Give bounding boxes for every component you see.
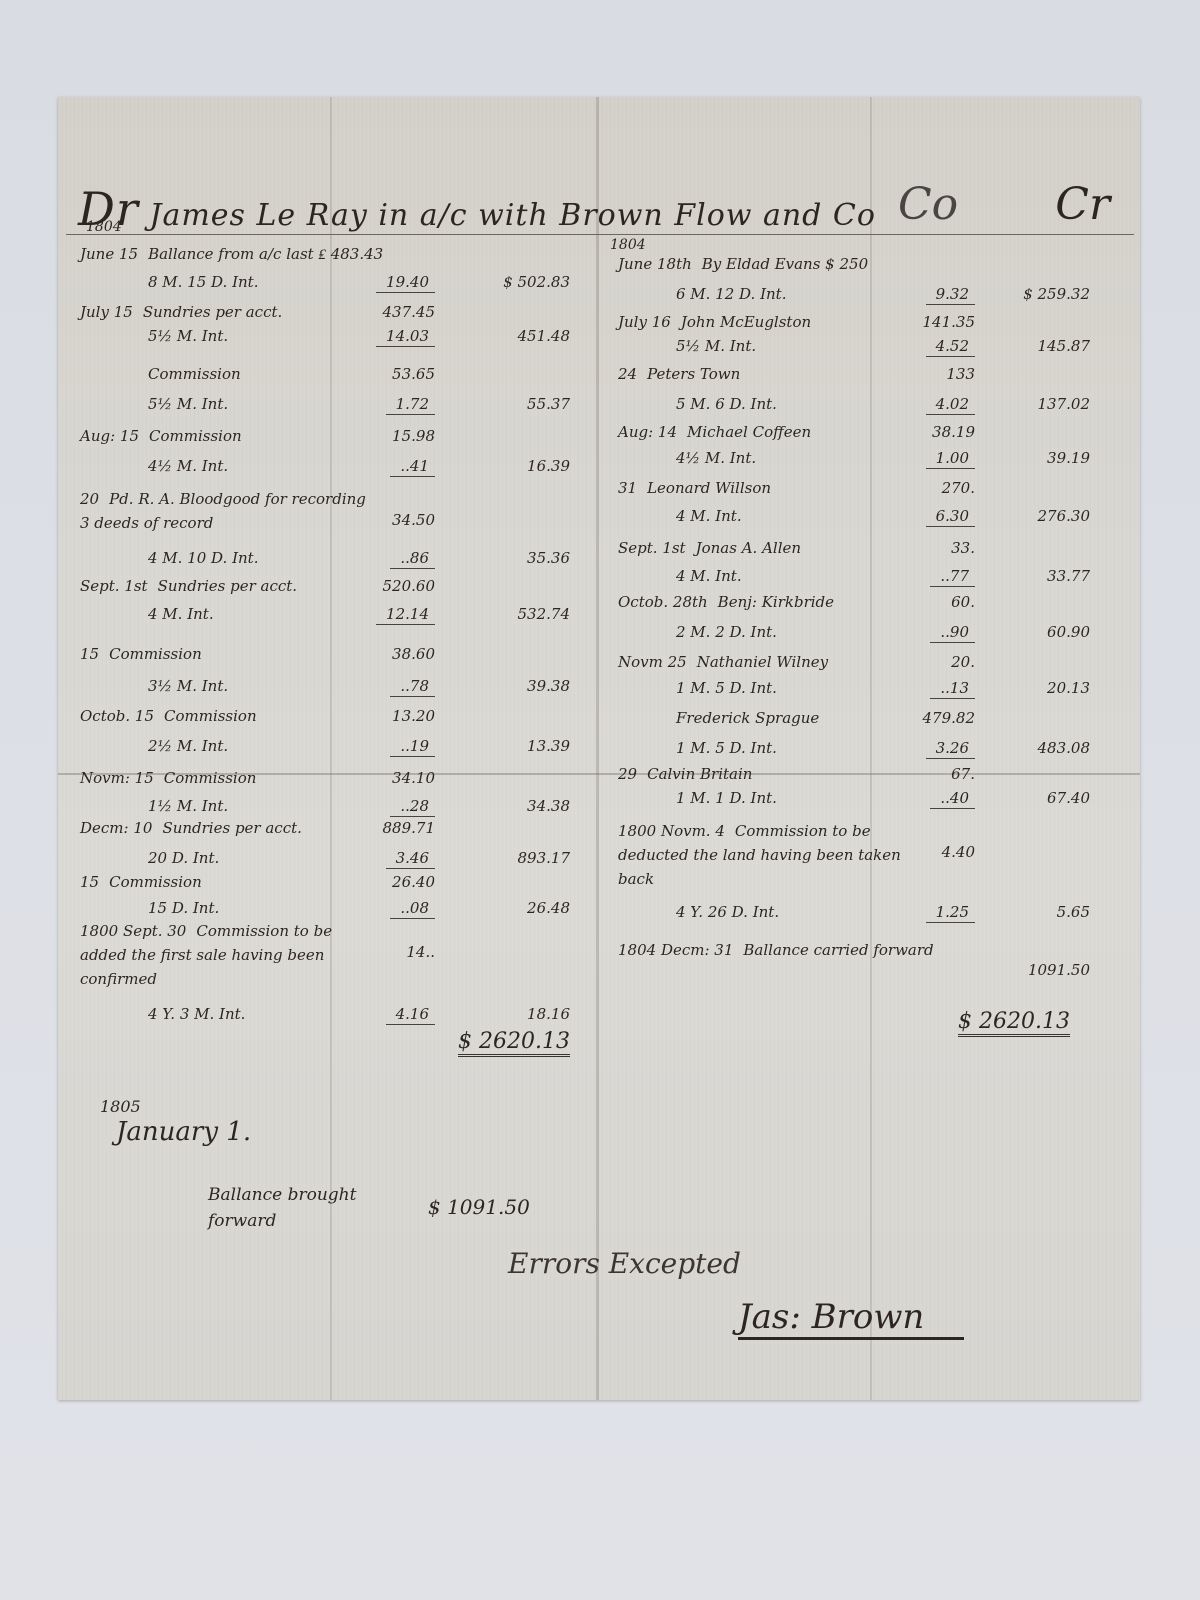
header-rule [66,234,1134,235]
entry-description: 4½ M. Int. [148,457,228,475]
ledger-entry-text: Novm: 15Commission [80,769,256,787]
entry-amount: 33. [951,539,975,557]
entry-description: Sundries per acct. [162,819,301,837]
entry-total: 35.36 [527,549,570,567]
ledger-sheet: Dr James Le Ray in a/c with Brown Flow a… [58,97,1140,1400]
entry-description: By Eldad Evans $ 250 [702,255,868,273]
entry-date: Aug: 15 [80,427,139,445]
entry-amount: 4.16 [386,1005,435,1025]
entry-amount: 479.82 [923,709,976,727]
entry-total: 13.39 [527,737,570,755]
entry-total: 1091.50 [1028,961,1090,979]
ledger-entry-text: 5½ M. Int. [676,337,756,355]
ledger-entry-text: 2 M. 2 D. Int. [676,623,777,641]
ledger-entry-text: 4 M. 10 D. Int. [148,549,258,567]
ledger-entry-text: June 18thBy Eldad Evans $ 250 [618,255,868,273]
ledger-entry-text: 6 M. 12 D. Int. [676,285,786,303]
entry-amount: 3.26 [926,739,975,759]
entry-amount: ..77 [930,567,975,587]
entry-description: 5 M. 6 D. Int. [676,395,777,413]
entry-amount: 9.32 [926,285,975,305]
entry-description: Sundries per acct. [158,577,297,595]
entry-description: Commission [109,645,202,663]
entry-description: 4 M. Int. [676,507,742,525]
entry-amount: 1.00 [926,449,975,469]
entry-date: June 18th [618,255,692,273]
entry-description: 1 M. 5 D. Int. [676,679,777,697]
ledger-entry-text: 4 M. Int. [676,567,742,585]
company-mark: Co [898,179,958,230]
entry-date: July 15 [80,303,133,321]
entry-description: Jonas A. Allen [696,539,801,557]
entry-date: 15 [80,873,99,891]
ledger-entry-text: 4 Y. 26 D. Int. [676,903,779,921]
entry-total: $ 259.32 [1023,285,1090,303]
entry-description: Pd. R. A. Bloodgood for recording 3 deed… [80,490,366,532]
ledger-title: Dr James Le Ray in a/c with Brown Flow a… [78,182,876,236]
debit-year: 1804 [86,219,122,235]
ledger-entry-text: 1 M. 5 D. Int. [676,739,777,757]
entry-description: 5½ M. Int. [148,327,228,345]
ledger-entry-text: Decm: 10Sundries per acct. [80,819,302,837]
ledger-entry-text: 15Commission [80,873,202,891]
ledger-entry-text: 20 D. Int. [148,849,219,867]
entry-description: 20 D. Int. [148,849,219,867]
entry-description: 2 M. 2 D. Int. [676,623,777,641]
entry-description: 5½ M. Int. [148,395,228,413]
entry-description: 1 M. 1 D. Int. [676,789,777,807]
ledger-entry-text: Novm 25Nathaniel Wilney [618,653,828,671]
entry-date: Sept. 1st [80,577,148,595]
entry-amount: 437.45 [383,303,436,321]
footer-date: January 1. [116,1117,251,1147]
entry-description: Commission [164,769,257,787]
entry-amount: 34.10 [392,769,435,787]
entry-date: Octob. 15 [80,707,154,725]
entry-total: 16.39 [527,457,570,475]
ledger-entry-text: Sept. 1stJonas A. Allen [618,539,801,557]
ledger-entry-text: 5½ M. Int. [148,327,228,345]
entry-description: Ballance carried forward [743,941,933,959]
ledger-entry-text: 1800 Novm. 4Commission to be deducted th… [618,819,918,891]
entry-amount: 4.02 [926,395,975,415]
entry-amount: ..41 [390,457,435,477]
entry-amount: 38.19 [932,423,975,441]
ledger-entry-text: 15 D. Int. [148,899,219,917]
entry-description: 5½ M. Int. [676,337,756,355]
entry-description: Calvin Britain [647,765,752,783]
ledger-entry-text: 1 M. 1 D. Int. [676,789,777,807]
ledger-entry-text: Aug: 14Michael Coffeen [618,423,811,441]
ledger-entry-text: Commission [148,365,241,383]
ledger-entry-text: June 15Ballance from a/c last ₤ 483.43 [80,245,383,264]
ledger-entry-text: Octob. 15Commission [80,707,257,725]
entry-total: 34.38 [527,797,570,815]
paper-fold-center [596,97,599,1400]
credit-label: Cr [1055,179,1110,230]
entry-total: 137.02 [1038,395,1091,413]
entry-description: Commission [148,365,241,383]
entry-date: Octob. 28th [618,593,708,611]
entry-total: 33.77 [1047,567,1090,585]
entry-description: Peters Town [647,365,740,383]
entry-amount: 38.60 [392,645,435,663]
entry-amount: 26.40 [392,873,435,891]
entry-amount: ..86 [390,549,435,569]
entry-amount: 20. [951,653,975,671]
ledger-entry-text: 20Pd. R. A. Bloodgood for recording 3 de… [80,487,380,535]
entry-description: Commission [109,873,202,891]
ledger-entry-text: 4½ M. Int. [676,449,756,467]
entry-description: 3½ M. Int. [148,677,228,695]
entry-date: Novm: 15 [80,769,154,787]
entry-description: Michael Coffeen [687,423,811,441]
ledger-entry-text: 1804 Decm: 31Ballance carried forward [618,941,934,959]
ledger-entry-text: Aug: 15Commission [80,427,242,445]
entry-description: Commission [149,427,242,445]
entry-amount: 60. [951,593,975,611]
entry-amount: 133 [946,365,975,383]
entry-date: Aug: 14 [618,423,677,441]
entry-date: 29 [618,765,637,783]
entry-amount: ..40 [930,789,975,809]
entry-amount: 13.20 [392,707,435,725]
entry-date: 1800 Sept. 30 [80,922,186,940]
entry-total: 26.48 [527,899,570,917]
entry-description: 1½ M. Int. [148,797,228,815]
entry-amount: 6.30 [926,507,975,527]
entry-amount: ..28 [390,797,435,817]
entry-amount: ..13 [930,679,975,699]
entry-total: 39.38 [527,677,570,695]
ledger-entry-text: 5 M. 6 D. Int. [676,395,777,413]
entry-amount: ..78 [390,677,435,697]
entry-total: 18.16 [527,1005,570,1023]
ledger-entry-text: Sept. 1stSundries per acct. [80,577,297,595]
entry-amount: 14.03 [376,327,435,347]
account-title: James Le Ray in a/c with Brown Flow and … [149,198,876,233]
entry-total: 276.30 [1038,507,1091,525]
entry-description: Benj: Kirkbride [718,593,834,611]
entry-amount: ..08 [390,899,435,919]
credit-grand-total: $ 2620.13 [958,1009,1070,1037]
entry-total: 532.74 [518,605,571,623]
entry-description: Leonard Willson [647,479,771,497]
ledger-entry-text: 1800 Sept. 30Commission to be added the … [80,919,380,991]
ledger-entry-text: 4 M. Int. [148,605,214,623]
entry-description: 4 Y. 3 M. Int. [148,1005,245,1023]
entry-description: Commission [164,707,257,725]
footer-year: 1805 [100,1097,141,1116]
entry-amount: 141.35 [923,313,976,331]
ledger-entry-text: July 16John McEuglston [618,313,811,331]
balance-brought-forward-label: Ballance brought forward [208,1182,428,1234]
entry-description: 8 M. 15 D. Int. [148,273,258,291]
entry-date: 1800 Novm. 4 [618,822,725,840]
ledger-entry-text: 29Calvin Britain [618,765,752,783]
entry-amount: 520.60 [383,577,436,595]
entry-date: 1804 Decm: 31 [618,941,733,959]
entry-date: Sept. 1st [618,539,686,557]
entry-date: June 15 [80,245,138,263]
entry-total: 451.48 [518,327,571,345]
entry-amount: 53.65 [392,365,435,383]
credit-year: 1804 [610,237,646,253]
entry-description: 4 M. 10 D. Int. [148,549,258,567]
entry-date: Decm: 10 [80,819,152,837]
entry-amount: 889.71 [383,819,436,837]
entry-description: 15 D. Int. [148,899,219,917]
entry-description: 4½ M. Int. [676,449,756,467]
entry-amount: 1.72 [386,395,435,415]
entry-total: 145.87 [1038,337,1091,355]
ledger-entry-text: 4 Y. 3 M. Int. [148,1005,245,1023]
entry-total: 20.13 [1047,679,1090,697]
entry-description: Nathaniel Wilney [697,653,828,671]
ledger-entry-text: 3½ M. Int. [148,677,228,695]
entry-total: 5.65 [1057,903,1090,921]
entry-amount: 1.25 [926,903,975,923]
paper-fold [870,97,872,1400]
entry-description: 6 M. 12 D. Int. [676,285,786,303]
ledger-entry-text: July 15Sundries per acct. [80,303,282,321]
entry-total: $ 502.83 [503,273,570,291]
ledger-entry-text: 1½ M. Int. [148,797,228,815]
entry-amount: 3.46 [386,849,435,869]
ledger-entry-text: Frederick Sprague [676,709,819,727]
ledger-entry-text: 2½ M. Int. [148,737,228,755]
entry-date: Novm 25 [618,653,687,671]
entry-amount: ..90 [930,623,975,643]
entry-date: 24 [618,365,637,383]
entry-amount: 4.40 [942,843,975,861]
entry-amount: 14.. [406,943,435,961]
entry-amount: 12.14 [376,605,435,625]
entry-description: 2½ M. Int. [148,737,228,755]
entry-description: 4 M. Int. [148,605,214,623]
entry-amount: 4.52 [926,337,975,357]
entry-date: 15 [80,645,99,663]
entry-amount: 34.50 [392,511,435,529]
entry-total: 60.90 [1047,623,1090,641]
entry-description: 1 M. 5 D. Int. [676,739,777,757]
entry-amount: 19.40 [376,273,435,293]
ledger-entry-text: 5½ M. Int. [148,395,228,413]
ledger-entry-text: 31Leonard Willson [618,479,771,497]
ledger-entry-text: 24Peters Town [618,365,740,383]
entry-date: 31 [618,479,637,497]
ledger-entry-text: 1 M. 5 D. Int. [676,679,777,697]
entry-total: 55.37 [527,395,570,413]
entry-description: 4 Y. 26 D. Int. [676,903,779,921]
entry-amount: 270. [942,479,975,497]
entry-date: 20 [80,490,99,508]
ledger-entry-text: 4½ M. Int. [148,457,228,475]
entry-amount: 15.98 [392,427,435,445]
ledger-entry-text: 4 M. Int. [676,507,742,525]
entry-description: 4 M. Int. [676,567,742,585]
ledger-entry-text: 8 M. 15 D. Int. [148,273,258,291]
entry-description: Frederick Sprague [676,709,819,727]
entry-description: Ballance from a/c last ₤ 483.43 [148,245,383,263]
balance-brought-forward-amount: $ 1091.50 [428,1195,530,1219]
entry-amount: 67. [951,765,975,783]
entry-amount: ..19 [390,737,435,757]
entry-date: July 16 [618,313,671,331]
ledger-entry-text: Octob. 28thBenj: Kirkbride [618,593,834,611]
ledger-entry-text: 15Commission [80,645,202,663]
signature: Jas: Brown [738,1297,964,1340]
errors-excepted: Errors Excepted [508,1247,741,1280]
entry-total: 483.08 [1038,739,1091,757]
entry-total: 39.19 [1047,449,1090,467]
entry-description: John McEuglston [681,313,811,331]
entry-total: 893.17 [518,849,571,867]
debit-grand-total: $ 2620.13 [458,1029,570,1057]
entry-total: 67.40 [1047,789,1090,807]
entry-description: Sundries per acct. [143,303,282,321]
